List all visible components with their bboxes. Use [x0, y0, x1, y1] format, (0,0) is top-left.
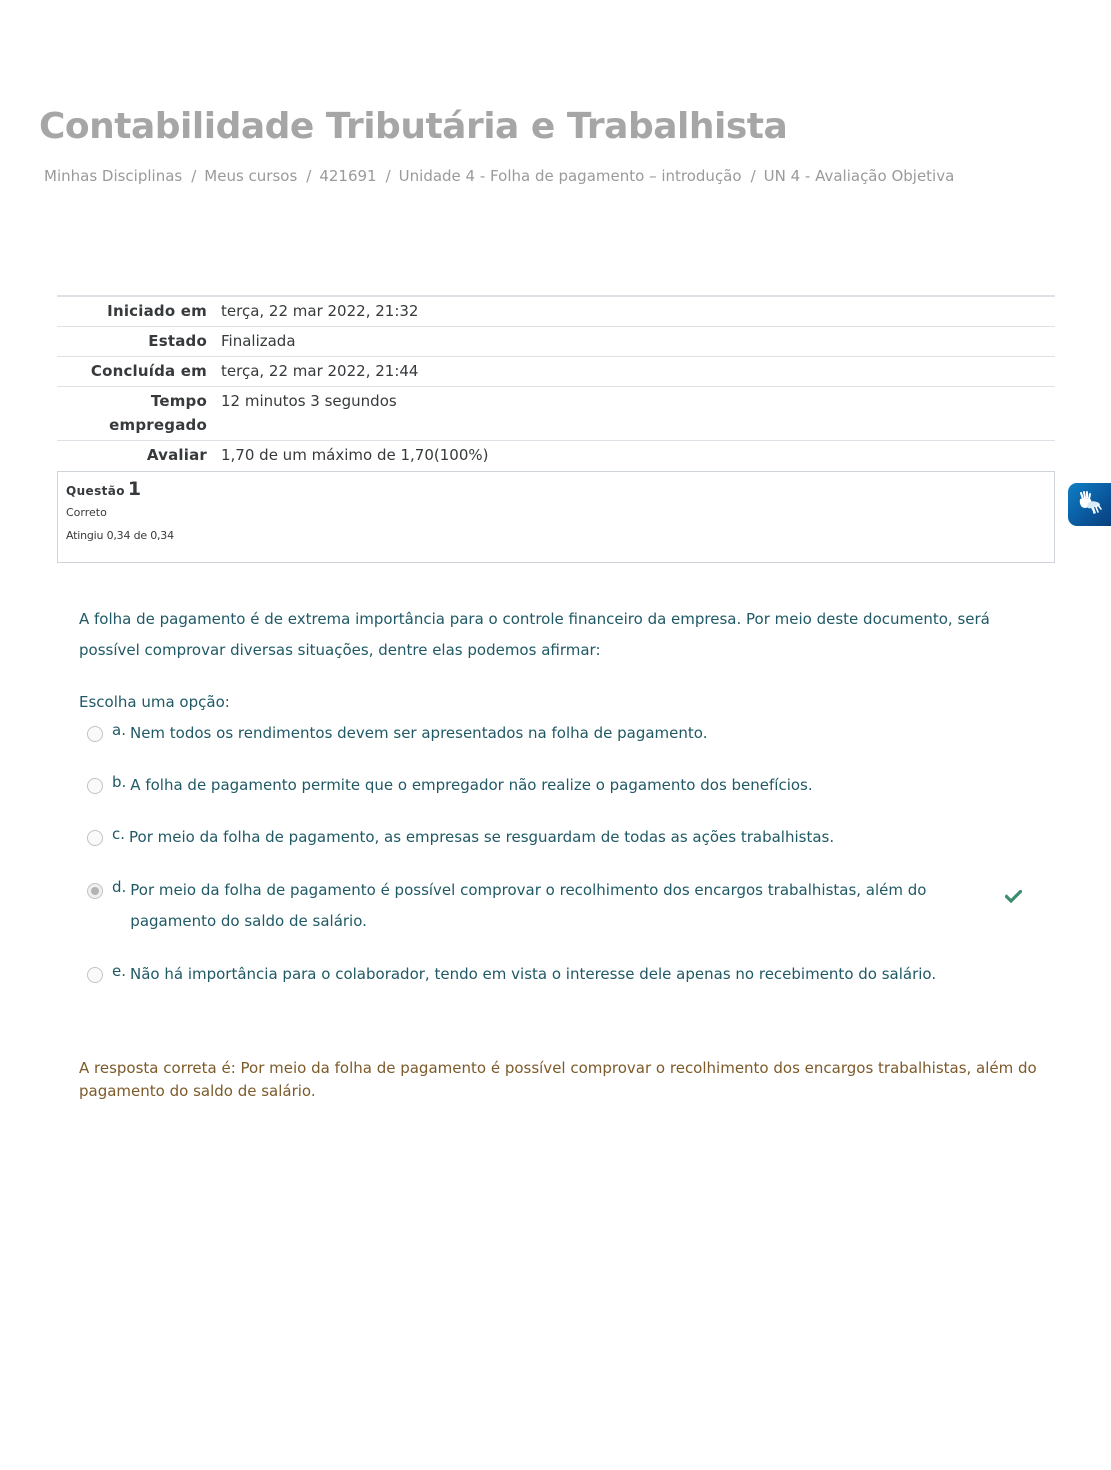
attempt-summary-table: Iniciado em terça, 22 mar 2022, 21:32 Es… — [57, 295, 1055, 470]
question-grade: Atingiu 0,34 de 0,34 — [66, 529, 1046, 542]
answer-radio[interactable] — [87, 778, 103, 794]
question-state: Correto — [66, 506, 1046, 519]
answer-radio[interactable] — [87, 967, 103, 983]
answer-text: A folha de pagamento permite que o empre… — [130, 770, 960, 801]
correct-answer-feedback: A resposta correta é: Por meio da folha … — [79, 1057, 1039, 1103]
breadcrumb-unidade[interactable]: Unidade 4 - Folha de pagamento – introdu… — [399, 167, 742, 185]
breadcrumb-separator: / — [191, 167, 196, 185]
summary-row-grade: Avaliar 1,70 de um máximo de 1,70(100%) — [57, 441, 1055, 470]
question-info-box: Questão 1 Correto Atingiu 0,34 de 0,34 — [57, 471, 1055, 563]
answer-option-d[interactable]: d. Por meio da folha de pagamento é poss… — [87, 875, 1047, 937]
question-header: Questão 1 — [66, 478, 1046, 500]
answer-letter: e. — [112, 964, 126, 979]
page-title: Contabilidade Tributária e Trabalhista — [39, 106, 787, 147]
summary-value: terça, 22 mar 2022, 21:32 — [207, 299, 418, 323]
summary-row-state: Estado Finalizada — [57, 327, 1055, 357]
answer-letter: d. — [112, 880, 126, 895]
summary-label: Estado — [57, 329, 207, 353]
breadcrumb-separator: / — [751, 167, 756, 185]
answer-letter: c. — [112, 827, 125, 842]
summary-label: Avaliar — [57, 443, 207, 467]
answer-option-e[interactable]: e. Não há importância para o colaborador… — [87, 959, 1047, 990]
vlibras-hands-icon — [1076, 489, 1104, 521]
answer-option-a[interactable]: a. Nem todos os rendimentos devem ser ap… — [87, 718, 1047, 749]
breadcrumb-separator: / — [306, 167, 311, 185]
answer-option-b[interactable]: b. A folha de pagamento permite que o em… — [87, 770, 1047, 801]
answer-radio-selected[interactable] — [87, 883, 103, 899]
breadcrumb: Minhas Disciplinas / Meus cursos / 42169… — [44, 167, 954, 185]
summary-value: Finalizada — [207, 329, 296, 353]
summary-label: Iniciado em — [57, 299, 207, 323]
question-number: 1 — [128, 478, 141, 500]
question-text: A folha de pagamento é de extrema import… — [79, 604, 1044, 666]
answer-letter: a. — [112, 723, 126, 738]
answer-text: Por meio da folha de pagamento é possíve… — [130, 875, 960, 937]
summary-row-time-taken: Tempo empregado 12 minutos 3 segundos — [57, 387, 1055, 441]
breadcrumb-meus-cursos[interactable]: Meus cursos — [204, 167, 297, 185]
summary-label: Concluída em — [57, 359, 207, 383]
answer-letter: b. — [112, 775, 126, 790]
summary-row-started: Iniciado em terça, 22 mar 2022, 21:32 — [57, 297, 1055, 327]
answer-text: Por meio da folha de pagamento, as empre… — [129, 822, 959, 853]
breadcrumb-minhas-disciplinas[interactable]: Minhas Disciplinas — [44, 167, 182, 185]
summary-row-completed: Concluída em terça, 22 mar 2022, 21:44 — [57, 357, 1055, 387]
answer-radio[interactable] — [87, 830, 103, 846]
answer-option-c[interactable]: c. Por meio da folha de pagamento, as em… — [87, 822, 1047, 853]
answer-text: Não há importância para o colaborador, t… — [130, 959, 990, 990]
vlibras-accessibility-button[interactable] — [1068, 483, 1111, 526]
question-label: Questão — [66, 484, 125, 498]
answer-prompt: Escolha uma opção: — [79, 690, 230, 714]
answer-list: a. Nem todos os rendimentos devem ser ap… — [87, 718, 1047, 990]
breadcrumb-separator: / — [386, 167, 391, 185]
breadcrumb-avaliacao[interactable]: UN 4 - Avaliação Objetiva — [764, 167, 955, 185]
check-icon — [1005, 883, 1022, 914]
summary-label: Tempo empregado — [57, 389, 207, 437]
answer-text: Nem todos os rendimentos devem ser apres… — [130, 718, 960, 749]
breadcrumb-course-id[interactable]: 421691 — [319, 167, 376, 185]
summary-value: 1,70 de um máximo de 1,70(100%) — [207, 443, 488, 467]
summary-value: terça, 22 mar 2022, 21:44 — [207, 359, 418, 383]
summary-value: 12 minutos 3 segundos — [207, 389, 397, 413]
answer-radio[interactable] — [87, 726, 103, 742]
